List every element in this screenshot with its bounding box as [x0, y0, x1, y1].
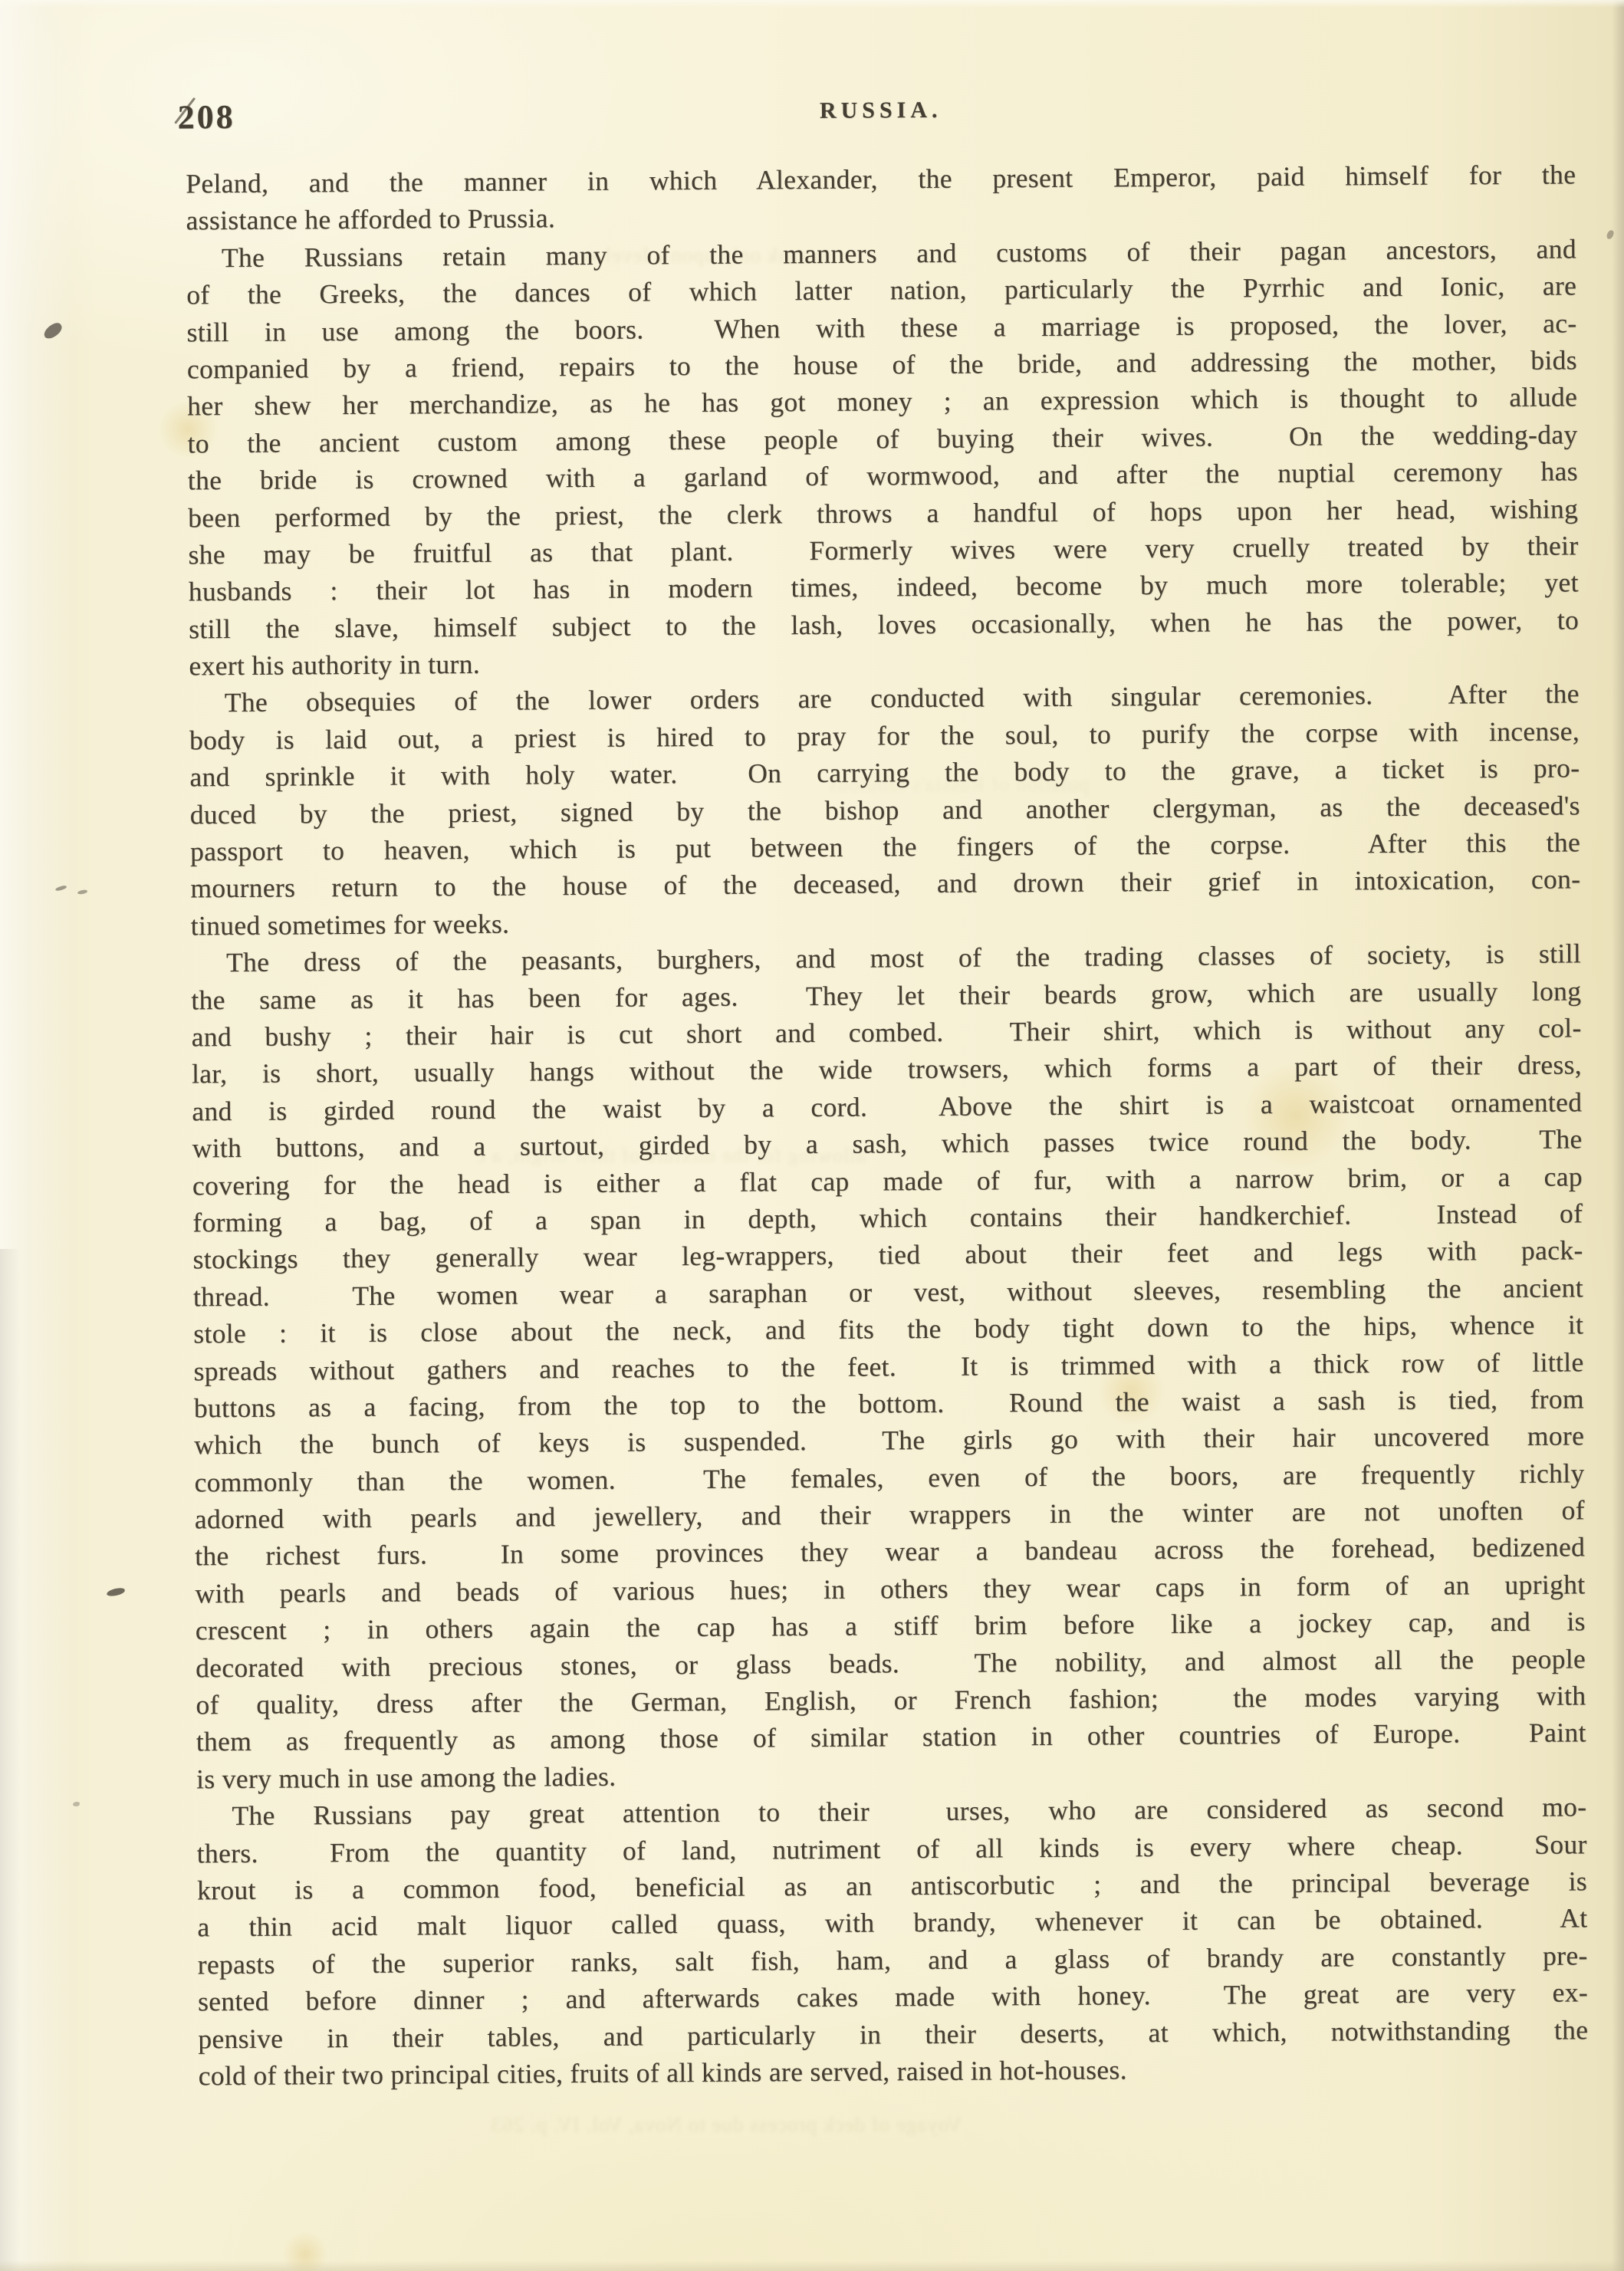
paragraph: The dress of the peasants, burghers, and… [191, 935, 1586, 1798]
book-page-scan: to rank only upon a level wpulation of R… [0, 0, 1624, 2271]
paragraph: The Russians retain many of the manners … [186, 230, 1580, 685]
running-head-title: RUSSIA. [187, 93, 1575, 128]
body-text: Peland, and the manner in which Alexande… [186, 156, 1589, 2094]
paragraph: The Russians pay great attention to thei… [196, 1789, 1589, 2095]
running-header: 208 RUSSIA. [187, 88, 1575, 146]
paragraph: Peland, and the manner in which Alexande… [186, 156, 1576, 239]
paragraph: The obsequies of the lower orders are co… [189, 675, 1581, 945]
page-content: 208 RUSSIA. Peland, and the manner in wh… [0, 0, 1624, 2271]
